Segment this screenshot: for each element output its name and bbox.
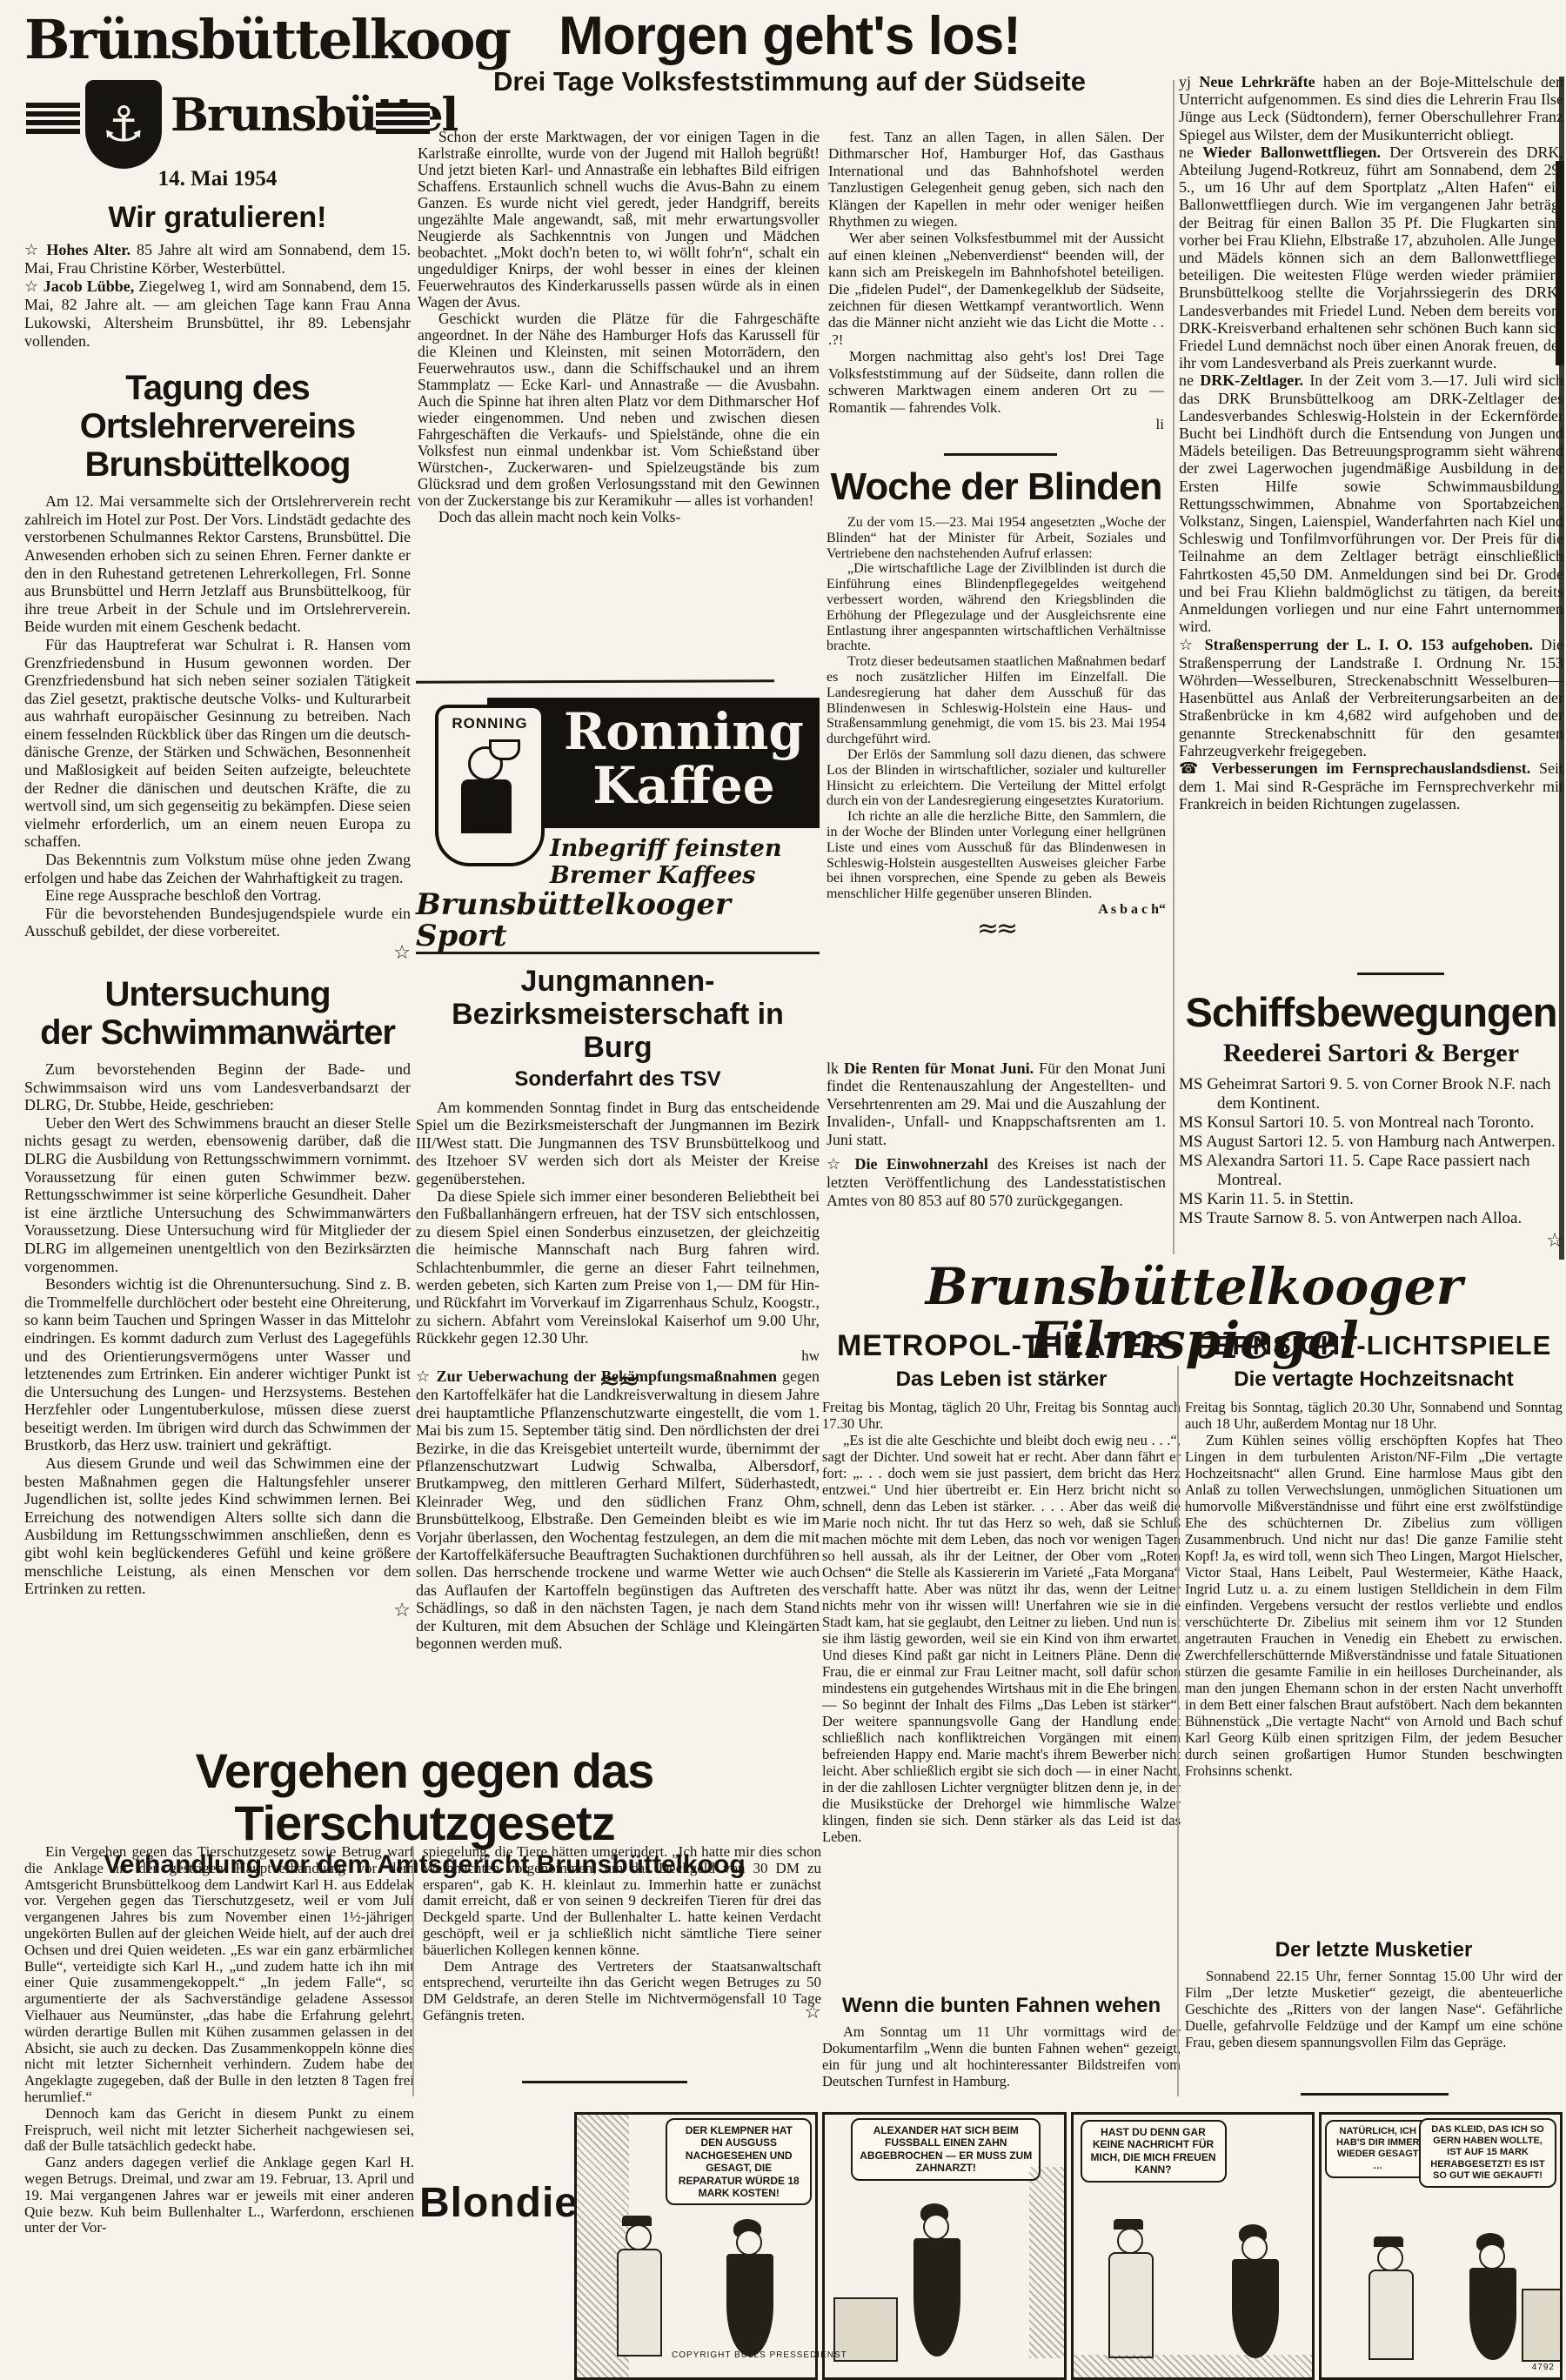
telephone-icon: ☎ <box>1179 759 1203 778</box>
star-icon: ☆ <box>24 241 41 259</box>
star-icon: ☆ <box>826 1155 846 1173</box>
item-lead: DRK-Zeltlager. <box>1200 371 1303 389</box>
ad-label: RONNING <box>435 705 545 866</box>
musketier-title: Der letzte Musketier <box>1185 1938 1563 1962</box>
metropol-column: METROPOL-THEATER Das Leben ist stärker F… <box>822 1329 1181 1987</box>
correspondent-mark: ne <box>1179 144 1194 161</box>
star-icon: ☆ <box>416 1367 432 1386</box>
star-icon: ☆ <box>1179 636 1197 654</box>
fernsicht-column: FERNSICHT-LICHTSPIELE Die vertagte Hochz… <box>1185 1329 1563 1929</box>
lead-article-col-b: fest. Tanz an allen Tagen, in allen Säle… <box>828 129 1164 445</box>
end-star-icon: ☆ <box>24 944 411 963</box>
ship-entry: MS Konsul Sartori 10. 5. von Montreal na… <box>1179 1113 1563 1133</box>
comic-panel-3: Hast du denn gar keine Nachricht für mic… <box>1071 2112 1315 2380</box>
ship-entry: MS Traute Sarnow 8. 5. von Antwerpen nac… <box>1179 1209 1563 1228</box>
paragraph: Das Bekenntnis zum Volkstum müse ohne je… <box>24 851 411 886</box>
item-lead: Hohes Alter. <box>46 241 130 258</box>
comic-art-mark: 4792 <box>1532 2363 1555 2372</box>
speech-bubble: Alexander hat sich beim Fussball einen Z… <box>851 2118 1041 2181</box>
paragraph: Besonders wichtig ist die Ohrenuntersuch… <box>24 1275 411 1454</box>
ribbon-left-icon <box>26 103 80 137</box>
item-text: gegen den Kartoffelkäfer hat die Landkre… <box>416 1367 820 1652</box>
item-lead: Neue Lehrkräfte <box>1199 73 1315 90</box>
comic-panel-1: Der Klempner hat den Ausguss nachgesehen… <box>574 2112 818 2380</box>
ship-entry: MS Alexandra Sartori 11. 5. Cape Race pa… <box>1179 1152 1563 1190</box>
paragraph: Trotz dieser bedeutsamen staatlichen Maß… <box>826 654 1166 747</box>
comic-figure-head <box>1241 2235 1268 2261</box>
star-icon: ☆ <box>24 277 39 296</box>
paragraph: Ein Vergehen gegen das Tierschutzgesetz … <box>24 1844 414 2106</box>
end-star-icon: ☆ <box>24 1601 411 1621</box>
correspondent-mark: ne <box>1179 371 1194 389</box>
paragraph: Für die bevorstehenden Bundesjugendspiel… <box>24 905 411 940</box>
correspondent-mark: lk <box>826 1060 839 1077</box>
paragraph: „Die wirtschaftliche Lage der Zivilblind… <box>826 561 1166 654</box>
newspaper-page: Brünsbüttelkoog ⚓ Brunsbüttel 14. Mai 19… <box>0 0 1566 2380</box>
metropol-times: Freitag bis Montag, täglich 20 Uhr, Frei… <box>822 1399 1181 1432</box>
gratulieren-title: Wir gratulieren! <box>24 201 411 234</box>
comic-figure-body <box>726 2254 773 2357</box>
ad-tagline: Inbegriff feinsten Bremer Kaffees <box>550 835 821 889</box>
sport-subtitle: Sonderfahrt des TSV <box>416 1067 820 1092</box>
gratulieren-item: ☆ Hohes Alter. 85 Jahre alt wird am Sonn… <box>24 241 411 277</box>
squiggle-divider-icon: ≈≈ <box>826 918 1166 940</box>
paragraph: fest. Tanz an allen Tagen, in allen Säle… <box>828 129 1164 230</box>
comic-panel-4: Natürlich, ich hab's dir immer wieder ge… <box>1319 2112 1563 2380</box>
tagung-title-2: Brunsbüttelkoog <box>24 445 411 484</box>
gratulieren-item: ☆ Jacob Lübbe, Ziegelweg 1, wird am Sonn… <box>24 277 411 350</box>
divider <box>1357 973 1444 975</box>
lead-article-title: Morgen geht's los! <box>409 9 1170 64</box>
sport-title: Jungmannen-Bezirksmeisterschaft in Burg <box>416 965 820 1064</box>
coffee-cup-icon <box>489 739 520 760</box>
paragraph: Da diese Spiele sich immer einer besonde… <box>416 1187 820 1347</box>
item-lead: Die Einwohnerzahl <box>855 1155 988 1173</box>
metropol-title: METROPOL-THEATER <box>822 1329 1181 1362</box>
fernsicht-review: Zum Kühlen seines völlig erschöpften Kop… <box>1185 1432 1563 1779</box>
paragraph: Schon der erste Marktwagen, der vor eini… <box>418 129 820 311</box>
masthead: Brünsbüttelkoog ⚓ Brunsbüttel <box>24 12 412 170</box>
speech-bubble: Natürlich, ich hab's dir immer wieder ge… <box>1325 2120 1431 2178</box>
divider <box>416 679 774 683</box>
tagung-title-1: Tagung des Ortslehrervereins <box>24 369 411 445</box>
ueberwachung-item: ☆ Zur Ueberwachung der Bekämpfungsmaßnah… <box>416 1367 820 1745</box>
comic-copyright: COPYRIGHT BULLS PRESSEDIENST <box>672 2350 847 2360</box>
paragraph: Der Erlös der Sammlung soll dazu dienen,… <box>826 747 1166 809</box>
musketier-text: Sonnabend 22.15 Uhr, ferner Sonntag 15.0… <box>1185 1968 1563 2050</box>
end-star-icon: ☆ <box>1179 1232 1563 1251</box>
musketier-block: Der letzte Musketier Sonnabend 22.15 Uhr… <box>1185 1938 1563 2091</box>
lead-article-subtitle: Drei Tage Volksfeststimmung auf der Süds… <box>409 66 1170 97</box>
item-text: Die Straßensperrung der Landstraße I. Or… <box>1179 636 1563 759</box>
metropol-film-title: Das Leben ist stärker <box>822 1367 1181 1392</box>
masthead-line1: Brünsbüttelkoog <box>24 12 412 68</box>
ship-entry: MS August Sartori 12. 5. von Hamburg nac… <box>1179 1133 1563 1152</box>
column-4-news: yj Neue Lehrkräfte haben an der Boje-Mit… <box>1179 73 1563 986</box>
sport-script-header: Brunsbüttelkooger Sport <box>416 889 820 954</box>
sport-section: Brunsbüttelkooger Sport Jungmannen-Bezir… <box>416 889 820 1393</box>
comic-figure-body <box>1369 2270 1414 2360</box>
paragraph: Morgen nachmittag also geht's los! Drei … <box>828 348 1164 416</box>
comic-shading <box>1074 2355 1312 2377</box>
paragraph: spiegelung, die Tiere hätten umgerindert… <box>423 1844 821 1959</box>
untersuchung-title-1: Untersuchung <box>24 975 411 1013</box>
speech-bubble: Der Klempner hat den Ausguss nachgesehen… <box>666 2118 812 2205</box>
paragraph: Am 12. Mai versammelte sich der Ortslehr… <box>24 492 411 636</box>
column-rule <box>1173 80 1174 1254</box>
divider <box>944 453 1057 456</box>
comic-figure-head <box>736 2230 762 2256</box>
ship-entry: MS Karin 11. 5. in Stettin. <box>1179 1190 1563 1209</box>
paragraph: Doch das allein macht noch kein Volks- <box>418 509 820 525</box>
comic-figure-body <box>1232 2259 1279 2358</box>
comic-shading <box>1029 2167 1064 2358</box>
paragraph: Zum bevorstehenden Beginn der Bade- und … <box>24 1060 411 1114</box>
item-lead: Straßensperrung der L. I. O. 153 aufgeho… <box>1205 636 1533 653</box>
item-lead: Die Renten für Monat Juni. <box>844 1060 1034 1077</box>
fernsicht-times: Freitag bis Sonntag, täglich 20.30 Uhr, … <box>1185 1399 1563 1432</box>
paragraph: Ganz anders dagegen verlief die Anklage … <box>24 2155 414 2236</box>
untersuchung-body: Zum bevorstehenden Beginn der Bade- und … <box>24 1060 411 1621</box>
item-lead: Wieder Ballonwettfliegen. <box>1202 144 1381 161</box>
lead-article-col-a: Schon der erste Marktwagen, der vor eini… <box>418 129 820 651</box>
paragraph: Dennoch kam das Gericht in diesem Punkt … <box>24 2106 414 2155</box>
masthead-line2: Brunsbüttel <box>171 92 405 139</box>
ad-label-text: RONNING <box>438 715 541 732</box>
ad-brand-2: Kaffee <box>548 759 820 812</box>
ship-entry: MS Geheimrat Sartori 9. 5. von Corner Br… <box>1179 1075 1563 1113</box>
comic-figure-head <box>1479 2243 1505 2270</box>
ships-subtitle: Reederei Sartori & Berger <box>1179 1039 1563 1068</box>
ad-figure-body <box>461 779 512 833</box>
item-text: Der Ortsverein des DRK, Abteilung Jugend… <box>1179 144 1563 371</box>
ad-brand-1: Ronning <box>548 705 820 759</box>
paragraph: Ich richte an alle die herzliche Bitte, … <box>826 809 1166 902</box>
comic-figure-head <box>1117 2228 1143 2254</box>
blinden-article: Woche der Blinden Zu der vom 15.—23. Mai… <box>826 466 1166 1047</box>
comic-figure-body <box>1469 2268 1516 2360</box>
fernsicht-film-title: Die vertagte Hochzeitsnacht <box>1185 1367 1563 1392</box>
lead-article-header: Morgen geht's los! Drei Tage Volksfestst… <box>409 9 1170 97</box>
speech-bubble: Das Kleid, das ich so gern haben wollte,… <box>1419 2118 1556 2188</box>
blinden-title: Woche der Blinden <box>826 466 1166 508</box>
divider <box>522 2081 687 2083</box>
speech-bubble: Hast du denn gar keine Nachricht für mic… <box>1081 2120 1227 2183</box>
coat-of-arms: ⚓ <box>85 80 162 169</box>
item-lead: Zur Ueberwachung der Bekämpfungsmaßnahme… <box>437 1367 777 1385</box>
column-1: 14. Mai 1954 Wir gratulieren! ☆ Hohes Al… <box>24 170 411 1745</box>
wennfahnen-text: Am Sonntag um 11 Uhr vormittags wird der… <box>822 2023 1181 2089</box>
tierschutz-title: Vergehen gegen das Tierschutzgesetz <box>24 1745 825 1849</box>
comic-title: Blondie <box>419 2179 579 2227</box>
comic-figure-head <box>923 2214 949 2240</box>
wennfahnen-title: Wenn die bunten Fahnen wehen <box>822 1994 1181 2018</box>
comic-strip: Der Klempner hat den Ausguss nachgesehen… <box>574 2112 1563 2380</box>
item-lead: Jacob Lübbe, <box>43 277 135 295</box>
article-signature: hw <box>416 1347 820 1365</box>
ships-title: Schiffsbewegungen <box>1179 990 1563 1035</box>
wennfahnen-block: Wenn die bunten Fahnen wehen Am Sonntag … <box>822 1994 1181 2105</box>
tierschutz-col-a: Ein Vergehen gegen das Tierschutzgesetz … <box>24 1844 414 2366</box>
column-rule <box>412 1846 414 2096</box>
fernsicht-title: FERNSICHT-LICHTSPIELE <box>1185 1329 1563 1362</box>
paragraph: Wer aber seinen Volksfestbummel mit der … <box>828 230 1164 348</box>
comic-figure-body <box>913 2238 960 2357</box>
paragraph: Zu der vom 15.—23. Mai 1954 angesetzten … <box>826 515 1166 561</box>
paragraph: Aus diesem Grunde und weil das Schwimmen… <box>24 1454 411 1598</box>
paragraph: Am kommenden Sonntag findet in Burg das … <box>416 1099 820 1187</box>
comic-prop-counter <box>1522 2289 1563 2362</box>
comic-figure-head <box>626 2224 652 2250</box>
correspondent-mark: yj <box>1179 73 1191 90</box>
divider <box>1301 2093 1449 2096</box>
ship-movements: Schiffsbewegungen Reederei Sartori & Ber… <box>1179 990 1563 1251</box>
comic-figure-head <box>1377 2245 1403 2271</box>
metropol-review: „Es ist die alte Geschichte und bleibt d… <box>822 1432 1181 1845</box>
tagung-body: Am 12. Mai versammelte sich der Ortslehr… <box>24 492 411 963</box>
paragraph: Für das Hauptreferat war Schulrat i. R. … <box>24 636 411 851</box>
paragraph: Geschickt wurden die Plätze für die Fahr… <box>418 311 820 509</box>
comic-figure-body <box>1108 2252 1154 2358</box>
column-rule <box>1177 1366 1179 2096</box>
ronning-ad: Ronning Kaffee RONNING Inbegriff feinste… <box>435 698 821 872</box>
article-signature: li <box>828 416 1164 432</box>
item-lead: Verbesserungen im Fernsprechauslandsdien… <box>1211 759 1530 777</box>
comic-figure-body <box>617 2249 662 2357</box>
paragraph: Ueber den Wert des Schwimmens braucht an… <box>24 1114 411 1275</box>
paragraph: Eine rege Aussprache beschloß den Vortra… <box>24 886 411 905</box>
tierschutz-col-b: spiegelung, die Tiere hätten umgerindert… <box>423 1844 821 2077</box>
comic-panel-2: Alexander hat sich beim Fussball einen Z… <box>822 2112 1066 2380</box>
date-line: 14. Mai 1954 <box>24 170 411 189</box>
anchor-icon: ⚓ <box>102 97 145 153</box>
scan-edge-artifact <box>1556 161 1564 365</box>
untersuchung-title-2: der Schwimmanwärter <box>24 1013 411 1052</box>
item-text: In der Zeit vom 3.—17. Juli wird sich da… <box>1179 371 1563 635</box>
